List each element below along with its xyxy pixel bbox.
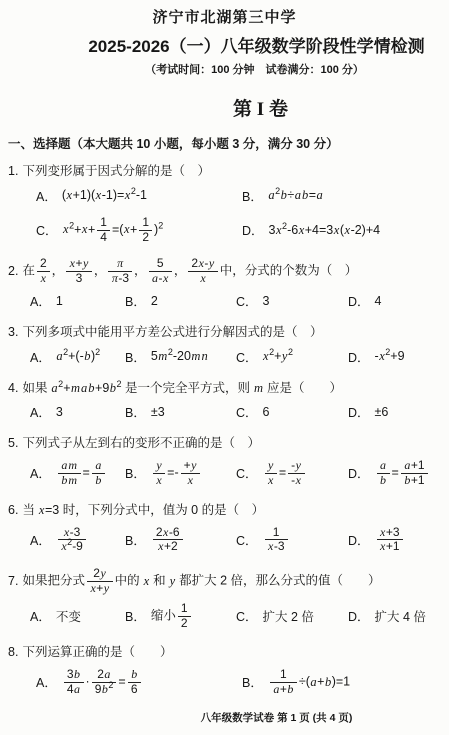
option-content: 不变 [56, 607, 81, 625]
option-B: B．2x-6x+2 [125, 526, 236, 555]
option-A: A．3b4a·2a9b2=b6 [36, 668, 242, 697]
option-content: 2 [151, 294, 158, 308]
question-number: 1. [8, 164, 18, 178]
option-B: B．a2b÷ab=a [242, 187, 441, 205]
option-content: 2x-6x+2 [151, 526, 185, 555]
option-C: C．x2+y2 [236, 348, 348, 366]
option-label: C． [236, 348, 258, 366]
question-stem: 2.在2x，x+y3，ππ-3，5a-x，2x-yx中，分式的个数为（ ） [8, 257, 441, 286]
option-label: C． [36, 221, 58, 239]
option-label: B． [125, 531, 146, 549]
option-content: a2b÷ab=a [268, 188, 323, 203]
option-label: D． [348, 403, 370, 421]
option-label: C． [236, 607, 258, 625]
option-content: x-3x2-9 [56, 526, 88, 555]
option-label: A． [30, 403, 51, 421]
option-label: A． [30, 348, 51, 366]
question-stem: 8.下列运算正确的是（ ） [8, 643, 441, 662]
question-stem: 6.当 x=3 时，下列分式中，值为 0 的是（ ） [8, 501, 441, 520]
question-2: 2.在2x，x+y3，ππ-3，5a-x，2x-yx中，分式的个数为（ ）A．1… [8, 257, 441, 310]
question-number: 7. [8, 574, 18, 588]
option-label: B． [125, 607, 146, 625]
option-content: 4 [375, 294, 382, 308]
option-B: B．yx=-+yx [125, 459, 236, 488]
question-number: 2. [8, 264, 18, 278]
option-C: C．6 [236, 403, 348, 421]
question-number: 8. [8, 645, 18, 659]
question-8: 8.下列运算正确的是（ ）A．3b4a·2a9b2=b6B．1a+b÷(a+b)… [8, 643, 441, 696]
option-B: B．1a+b÷(a+b)=1 [242, 668, 441, 697]
option-A: A．1 [30, 292, 125, 310]
question-4: 4.如果 a2+mab+9b2 是一个完全平方式，则 m 应是（ ）A．3B．±… [8, 379, 441, 422]
options: A．ambm=abB．yx=-+yxC．yx=-y-xD．ab=a+1b+1 [30, 459, 441, 488]
option-A: A．不变 [30, 607, 125, 625]
option-A: A．a2+(-b)2 [30, 348, 125, 366]
options: A．x-3x2-9B．2x-6x+2C．1x-3D．x+3x+1 [30, 526, 441, 555]
options: A．(x+1)(x-1)=x2-1B．a2b÷ab=aC．x2+x+14=(x+… [36, 187, 441, 245]
question-3: 3.下列多项式中能用平方差公式进行分解因式的是（ ）A．a2+(-b)2B．5m… [8, 323, 441, 366]
options: A．a2+(-b)2B．5m2-20mnC．x2+y2D．-x2+9 [30, 348, 441, 366]
option-D: D．-x2+9 [348, 348, 441, 366]
option-A: A．3 [30, 403, 125, 421]
exam-subtitle: （考试时间：100 分钟 试卷满分：100 分） [38, 61, 449, 77]
exam-title: 2025-2026（一）八年级数学阶段性学情检测 [40, 32, 449, 57]
option-D: D．±6 [348, 403, 441, 421]
question-5: 5.下列式子从左到右的变形不正确的是（ ）A．ambm=abB．yx=-+yxC… [8, 434, 441, 487]
option-C: C．1x-3 [236, 526, 348, 555]
option-content: 1x-3 [263, 526, 290, 555]
question-number: 5. [8, 436, 18, 450]
option-label: A． [36, 673, 57, 691]
option-content: 3b4a·2a9b2=b6 [62, 668, 143, 697]
option-D: D．4 [348, 292, 441, 310]
options: A．3B．±3C．6D．±6 [30, 403, 441, 421]
option-B: B．2 [125, 292, 236, 310]
option-content: ambm=ab [56, 459, 107, 488]
question-number: 6. [8, 503, 18, 517]
option-label: A． [36, 187, 57, 205]
exam-page: 济宁市北湖第三中学 2025-2026（一）八年级数学阶段性学情检测 （考试时间… [0, 0, 449, 735]
option-label: A． [30, 531, 51, 549]
option-A: A．ambm=ab [30, 459, 125, 488]
option-content: 扩大 2 倍 [263, 607, 314, 625]
option-content: ±3 [151, 405, 165, 419]
option-label: D． [348, 531, 370, 549]
option-label: A． [30, 292, 51, 310]
option-label: B． [125, 403, 146, 421]
options: A．不变B．缩小12C．扩大 2 倍D．扩大 4 倍 [30, 602, 441, 631]
option-content: 3 [263, 294, 270, 308]
question-number: 4. [8, 381, 18, 395]
option-content: yx=-+yx [151, 459, 202, 488]
option-B: B．缩小12 [125, 602, 236, 631]
question-7: 7.如果把分式2yx+y中的 x 和 y 都扩大 2 倍，那么分式的值（ ）A．… [8, 567, 441, 630]
question-stem: 7.如果把分式2yx+y中的 x 和 y 都扩大 2 倍，那么分式的值（ ） [8, 567, 441, 596]
option-content: a2+(-b)2 [56, 349, 100, 364]
option-D: D．3x2-6x+4=3x(x-2)+4 [242, 221, 441, 239]
option-label: C． [236, 292, 258, 310]
option-label: A． [30, 607, 51, 625]
option-label: C． [236, 403, 258, 421]
option-content: ±6 [375, 405, 389, 419]
option-C: C．3 [236, 292, 348, 310]
option-label: B． [242, 187, 263, 205]
option-label: D． [348, 292, 370, 310]
option-content: x2+x+14=(x+12)2 [63, 216, 164, 245]
option-label: C． [236, 464, 258, 482]
question-6: 6.当 x=3 时，下列分式中，值为 0 的是（ ）A．x-3x2-9B．2x-… [8, 501, 441, 554]
option-label: D． [348, 348, 370, 366]
option-label: B． [242, 673, 263, 691]
page-footer: 八年级数学试卷 第 1 页 (共 4 页) [60, 710, 449, 725]
option-label: C． [236, 531, 258, 549]
option-content: ab=a+1b+1 [375, 459, 430, 488]
option-content: 3 [56, 405, 63, 419]
option-content: 1 [56, 294, 63, 308]
volume-heading: 第 I 卷 [44, 94, 449, 121]
option-content: 5m2-20mn [151, 349, 208, 364]
question-number: 3. [8, 325, 18, 339]
question-1: 1.下列变形属于因式分解的是（ ）A．(x+1)(x-1)=x2-1B．a2b÷… [8, 162, 441, 244]
option-content: 6 [263, 405, 270, 419]
section-heading: 一、选择题（本大题共 10 小题，每小题 3 分，满分 30 分） [8, 134, 441, 152]
option-content: (x+1)(x-1)=x2-1 [62, 188, 147, 203]
option-label: B． [125, 464, 146, 482]
question-stem: 4.如果 a2+mab+9b2 是一个完全平方式，则 m 应是（ ） [8, 379, 441, 398]
option-C: C．yx=-y-x [236, 459, 348, 488]
option-content: -x2+9 [375, 349, 405, 364]
option-C: C．x2+x+14=(x+12)2 [36, 216, 242, 245]
option-content: x2+y2 [263, 349, 293, 364]
option-B: B．5m2-20mn [125, 348, 236, 366]
questions: 1.下列变形属于因式分解的是（ ）A．(x+1)(x-1)=x2-1B．a2b÷… [8, 162, 441, 710]
option-D: D．扩大 4 倍 [348, 607, 441, 625]
option-A: A．(x+1)(x-1)=x2-1 [36, 187, 242, 205]
option-label: D． [348, 607, 370, 625]
option-D: D．x+3x+1 [348, 526, 441, 555]
question-stem: 5.下列式子从左到右的变形不正确的是（ ） [8, 434, 441, 453]
option-B: B．±3 [125, 403, 236, 421]
option-content: x+3x+1 [375, 526, 405, 555]
options: A．1B．2C．3D．4 [30, 292, 441, 310]
option-content: 3x2-6x+4=3x(x-2)+4 [269, 223, 381, 238]
option-label: D． [242, 221, 264, 239]
option-content: yx=-y-x [263, 459, 307, 488]
question-stem: 1.下列变形属于因式分解的是（ ） [8, 162, 441, 181]
school-name: 济宁市北湖第三中学 [8, 6, 441, 27]
option-A: A．x-3x2-9 [30, 526, 125, 555]
option-label: D． [348, 464, 370, 482]
option-C: C．扩大 2 倍 [236, 607, 348, 625]
options: A．3b4a·2a9b2=b6B．1a+b÷(a+b)=1 [36, 668, 441, 697]
question-stem: 3.下列多项式中能用平方差公式进行分解因式的是（ ） [8, 323, 441, 342]
option-label: B． [125, 292, 146, 310]
option-label: B． [125, 348, 146, 366]
option-content: 扩大 4 倍 [375, 607, 426, 625]
option-label: A． [30, 464, 51, 482]
option-content: 缩小12 [151, 602, 193, 631]
option-D: D．ab=a+1b+1 [348, 459, 441, 488]
option-content: 1a+b÷(a+b)=1 [268, 668, 350, 697]
